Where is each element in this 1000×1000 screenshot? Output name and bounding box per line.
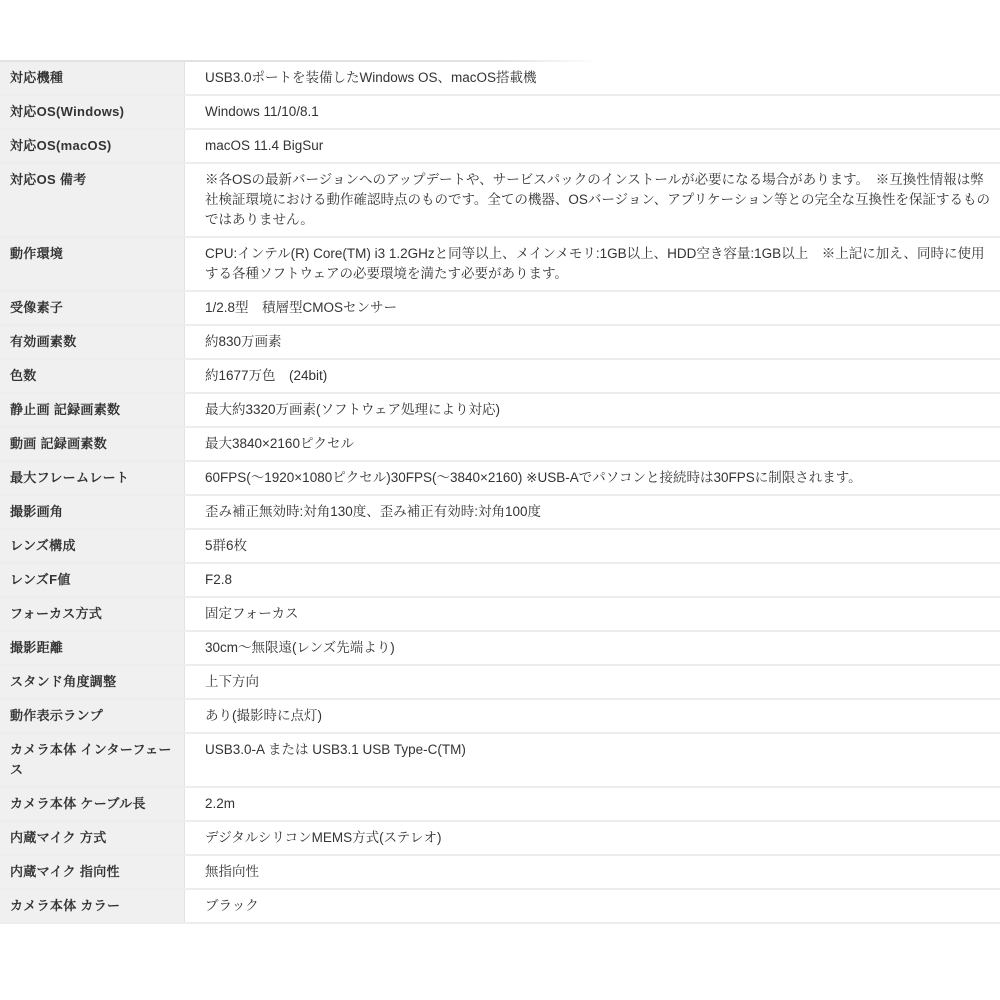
spec-row: 受像素子1/2.8型 積層型CMOSセンサー: [0, 292, 1000, 326]
spec-label: 動画 記録画素数: [0, 428, 185, 460]
spec-row: 動画 記録画素数最大3840×2160ピクセル: [0, 428, 1000, 462]
spec-label: 撮影距離: [0, 632, 185, 664]
spec-row: レンズ構成5群6枚: [0, 530, 1000, 564]
spec-row: カメラ本体 ケーブル長2.2m: [0, 788, 1000, 822]
spec-row: カメラ本体 カラーブラック: [0, 890, 1000, 924]
spec-value: 1/2.8型 積層型CMOSセンサー: [185, 292, 1000, 324]
spec-row: 色数約1677万色 (24bit): [0, 360, 1000, 394]
spec-row: 最大フレームレート60FPS(〜1920×1080ピクセル)30FPS(〜384…: [0, 462, 1000, 496]
spec-value: 無指向性: [185, 856, 1000, 888]
spec-row: 対応OS 備考※各OSの最新バージョンへのアップデートや、サービスパックのインス…: [0, 164, 1000, 238]
spec-label: 内蔵マイク 方式: [0, 822, 185, 854]
spec-row: 内蔵マイク 指向性無指向性: [0, 856, 1000, 890]
spec-row: カメラ本体 インターフェースUSB3.0-A または USB3.1 USB Ty…: [0, 734, 1000, 788]
spec-value: USB3.0-A または USB3.1 USB Type-C(TM): [185, 734, 1000, 786]
spec-label: 色数: [0, 360, 185, 392]
spec-row: 対応OS(Windows)Windows 11/10/8.1: [0, 96, 1000, 130]
spec-label: スタンド角度調整: [0, 666, 185, 698]
spec-value: macOS 11.4 BigSur: [185, 130, 1000, 162]
spec-row: 対応OS(macOS)macOS 11.4 BigSur: [0, 130, 1000, 164]
spec-label: カメラ本体 カラー: [0, 890, 185, 922]
spec-value: USB3.0ポートを装備したWindows OS、macOS搭載機: [185, 62, 1000, 94]
spec-value: 約830万画素: [185, 326, 1000, 358]
spec-value: CPU:インテル(R) Core(TM) i3 1.2GHzと同等以上、メインメ…: [185, 238, 1000, 290]
spec-row: 静止画 記録画素数最大約3320万画素(ソフトウェア処理により対応): [0, 394, 1000, 428]
spec-row: 動作環境CPU:インテル(R) Core(TM) i3 1.2GHzと同等以上、…: [0, 238, 1000, 292]
spec-value: デジタルシリコンMEMS方式(ステレオ): [185, 822, 1000, 854]
spec-value: 固定フォーカス: [185, 598, 1000, 630]
spec-label: カメラ本体 ケーブル長: [0, 788, 185, 820]
spec-page: 対応機種USB3.0ポートを装備したWindows OS、macOS搭載機対応O…: [0, 0, 1000, 1000]
spec-row: レンズF値F2.8: [0, 564, 1000, 598]
spec-value: ブラック: [185, 890, 1000, 922]
spec-value: ※各OSの最新バージョンへのアップデートや、サービスパックのインストールが必要に…: [185, 164, 1000, 236]
spec-value: あり(撮影時に点灯): [185, 700, 1000, 732]
spec-table: 対応機種USB3.0ポートを装備したWindows OS、macOS搭載機対応O…: [0, 62, 1000, 924]
spec-row: 撮影距離30cm〜無限遠(レンズ先端より): [0, 632, 1000, 666]
spec-label: レンズ構成: [0, 530, 185, 562]
spec-label: 有効画素数: [0, 326, 185, 358]
spec-value: 5群6枚: [185, 530, 1000, 562]
spec-label: 受像素子: [0, 292, 185, 324]
spec-value: 約1677万色 (24bit): [185, 360, 1000, 392]
spec-label: レンズF値: [0, 564, 185, 596]
spec-value: 上下方向: [185, 666, 1000, 698]
spec-label: 撮影画角: [0, 496, 185, 528]
spec-value: F2.8: [185, 564, 1000, 596]
spec-label: カメラ本体 インターフェース: [0, 734, 185, 786]
spec-row: 対応機種USB3.0ポートを装備したWindows OS、macOS搭載機: [0, 62, 1000, 96]
spec-row: フォーカス方式固定フォーカス: [0, 598, 1000, 632]
spec-label: 内蔵マイク 指向性: [0, 856, 185, 888]
spec-label: 動作環境: [0, 238, 185, 290]
spec-label: 対応機種: [0, 62, 185, 94]
spec-row: スタンド角度調整上下方向: [0, 666, 1000, 700]
spec-value: 60FPS(〜1920×1080ピクセル)30FPS(〜3840×2160) ※…: [185, 462, 1000, 494]
spec-value: Windows 11/10/8.1: [185, 96, 1000, 128]
spec-value: 最大約3320万画素(ソフトウェア処理により対応): [185, 394, 1000, 426]
spec-value: 30cm〜無限遠(レンズ先端より): [185, 632, 1000, 664]
spec-row: 撮影画角歪み補正無効時:対角130度、歪み補正有効時:対角100度: [0, 496, 1000, 530]
spec-row: 内蔵マイク 方式デジタルシリコンMEMS方式(ステレオ): [0, 822, 1000, 856]
spec-label: 動作表示ランプ: [0, 700, 185, 732]
spec-label: 対応OS(macOS): [0, 130, 185, 162]
spec-row: 有効画素数約830万画素: [0, 326, 1000, 360]
spec-label: 対応OS(Windows): [0, 96, 185, 128]
spec-value: 最大3840×2160ピクセル: [185, 428, 1000, 460]
spec-value: 歪み補正無効時:対角130度、歪み補正有効時:対角100度: [185, 496, 1000, 528]
spec-label: 最大フレームレート: [0, 462, 185, 494]
spec-label: フォーカス方式: [0, 598, 185, 630]
spec-label: 静止画 記録画素数: [0, 394, 185, 426]
spec-row: 動作表示ランプあり(撮影時に点灯): [0, 700, 1000, 734]
spec-value: 2.2m: [185, 788, 1000, 820]
spec-label: 対応OS 備考: [0, 164, 185, 236]
